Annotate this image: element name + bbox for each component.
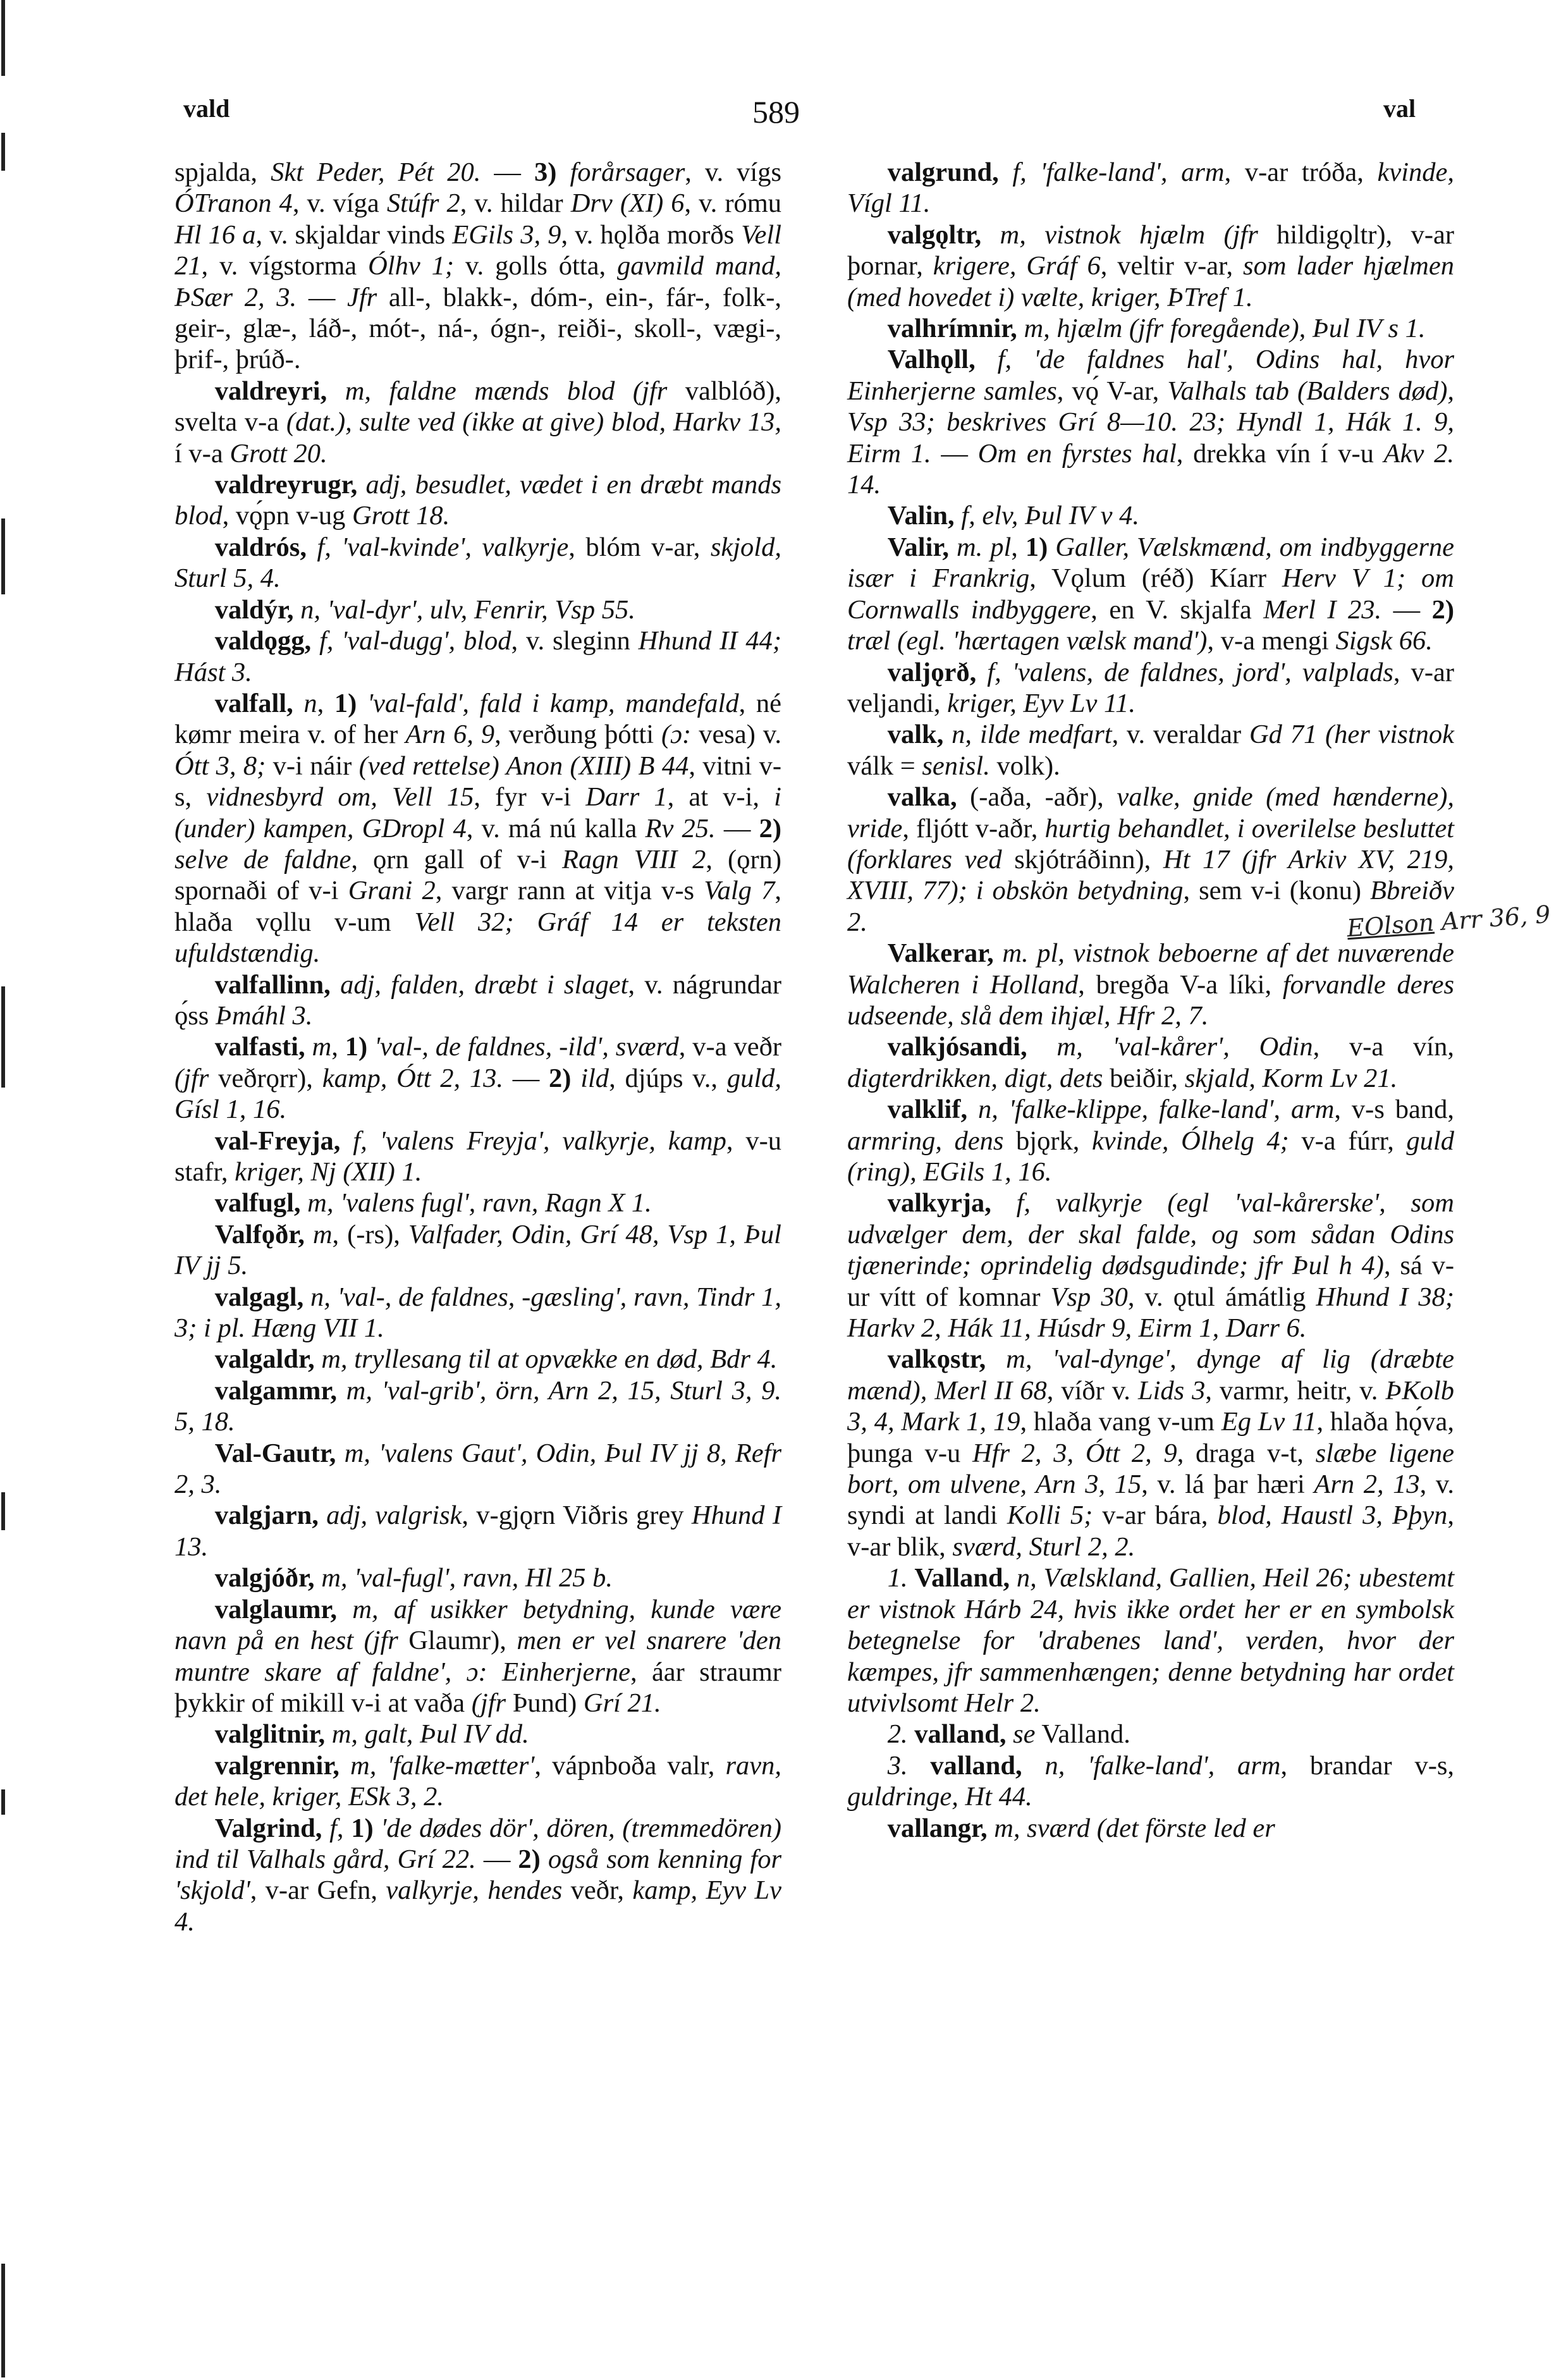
- dictionary-entry: Valkerar, m. pl, vistnok beboerne af det…: [847, 938, 1454, 1031]
- dictionary-entry: vallangr, m, sværd (det förste led er: [847, 1813, 1454, 1844]
- dictionary-entry: valdreyrugr, adj, besudlet, vædet i en d…: [174, 469, 781, 532]
- page-number: 589: [752, 94, 800, 130]
- dictionary-entry: valglaumr, m, af usikker betydning, kund…: [174, 1594, 781, 1719]
- dictionary-entry: valhrímnir, m, hjælm (jfr foregående), Þ…: [847, 313, 1454, 344]
- dictionary-entry: valgaldr, m, tryllesang til at opvække e…: [174, 1344, 781, 1375]
- dictionary-entry: valgǫltr, m, vistnok hjælm (jfr hildigǫl…: [847, 219, 1454, 313]
- dictionary-column-right: valgrund, f, 'falke-land', arm, v-ar tró…: [847, 157, 1454, 1844]
- dictionary-entry: 3. valland, n, 'falke-land', arm, branda…: [847, 1750, 1454, 1813]
- dictionary-entry: valfugl, m, 'valens fugl', ravn, Ragn X …: [174, 1187, 781, 1218]
- dictionary-entry: Valgrind, f, 1) 'de dødes dör', dören, (…: [174, 1813, 781, 1938]
- dictionary-entry: valgagl, n, 'val-, de faldnes, -gæsling'…: [174, 1282, 781, 1344]
- dictionary-entry: valklif, n, 'falke-klippe, falke-land', …: [847, 1094, 1454, 1187]
- dictionary-entry: valglitnir, m, galt, Þul IV dd.: [174, 1719, 781, 1750]
- dictionary-entry: valgjóðr, m, 'val-fugl', ravn, Hl 25 b.: [174, 1562, 781, 1593]
- annotation-reference: Arr 36, 9: [1440, 900, 1551, 936]
- dictionary-entry: Valir, m. pl, 1) Galler, Vælskmænd, om i…: [847, 532, 1454, 657]
- dictionary-entry: valfasti, m, 1) 'val-, de faldnes, -ild'…: [174, 1031, 781, 1125]
- dictionary-entry: valk, n, ilde medfart, v. veraldar Gd 71…: [847, 719, 1454, 782]
- dictionary-entry: 2. valland, se Valland.: [847, 1719, 1454, 1750]
- dictionary-entry: valkjósandi, m, 'val-kårer', Odin, v-a v…: [847, 1031, 1454, 1094]
- dictionary-entry: valgrennir, m, 'falke-mætter', vápnboða …: [174, 1750, 781, 1813]
- running-head-left: vald: [183, 94, 230, 123]
- scan-binding-edge: [0, 0, 9, 2380]
- dictionary-entry: valdǫgg, f, 'val-dugg', blod, v. sleginn…: [174, 625, 781, 688]
- dictionary-entry: Valfǫðr, m, (-rs), Valfader, Odin, Grí 4…: [174, 1219, 781, 1282]
- dictionary-entry: valfallinn, adj, falden, dræbt i slaget,…: [174, 969, 781, 1032]
- dictionary-entry: valkyrja, f, valkyrje (egl 'val-kårerske…: [847, 1187, 1454, 1344]
- dictionary-entry: Valhǫll, f, 'de faldnes hal', Odins hal,…: [847, 344, 1454, 500]
- dictionary-entry: 1. Valland, n, Vælskland, Gallien, Heil …: [847, 1562, 1454, 1719]
- dictionary-entry: valdreyri, m, faldne mænds blod (jfr val…: [174, 376, 781, 469]
- dictionary-entry: valgammr, m, 'val-grib', örn, Arn 2, 15,…: [174, 1375, 781, 1438]
- dictionary-entry: Valin, f, elv, Þul IV v 4.: [847, 500, 1454, 531]
- dictionary-entry: spjalda, Skt Peder, Pét 20. — 3) forårsa…: [174, 157, 781, 376]
- dictionary-entry: valgrund, f, 'falke-land', arm, v-ar tró…: [847, 157, 1454, 219]
- dictionary-column-left: spjalda, Skt Peder, Pét 20. — 3) forårsa…: [174, 157, 781, 1937]
- running-head-right: val: [1383, 94, 1416, 123]
- dictionary-entry: valfall, n, 1) 'val-fald', fald i kamp, …: [174, 688, 781, 969]
- dictionary-entry: valjǫrð, f, 'valens, de faldnes, jord', …: [847, 657, 1454, 720]
- dictionary-entry: valdýr, n, 'val-dyr', ulv, Fenrir, Vsp 5…: [174, 594, 781, 625]
- dictionary-entry: Val-Gautr, m, 'valens Gaut', Odin, Þul I…: [174, 1438, 781, 1500]
- dictionary-entry: valgjarn, adj, valgrisk, v-gjǫrn Viðris …: [174, 1500, 781, 1562]
- dictionary-entry: val-Freyja, f, 'valens Freyja', valkyrje…: [174, 1126, 781, 1188]
- dictionary-entry: valkǫstr, m, 'val-dynge', dynge af lig (…: [847, 1344, 1454, 1562]
- dictionary-entry: valdrós, f, 'val-kvinde', valkyrje, blóm…: [174, 532, 781, 594]
